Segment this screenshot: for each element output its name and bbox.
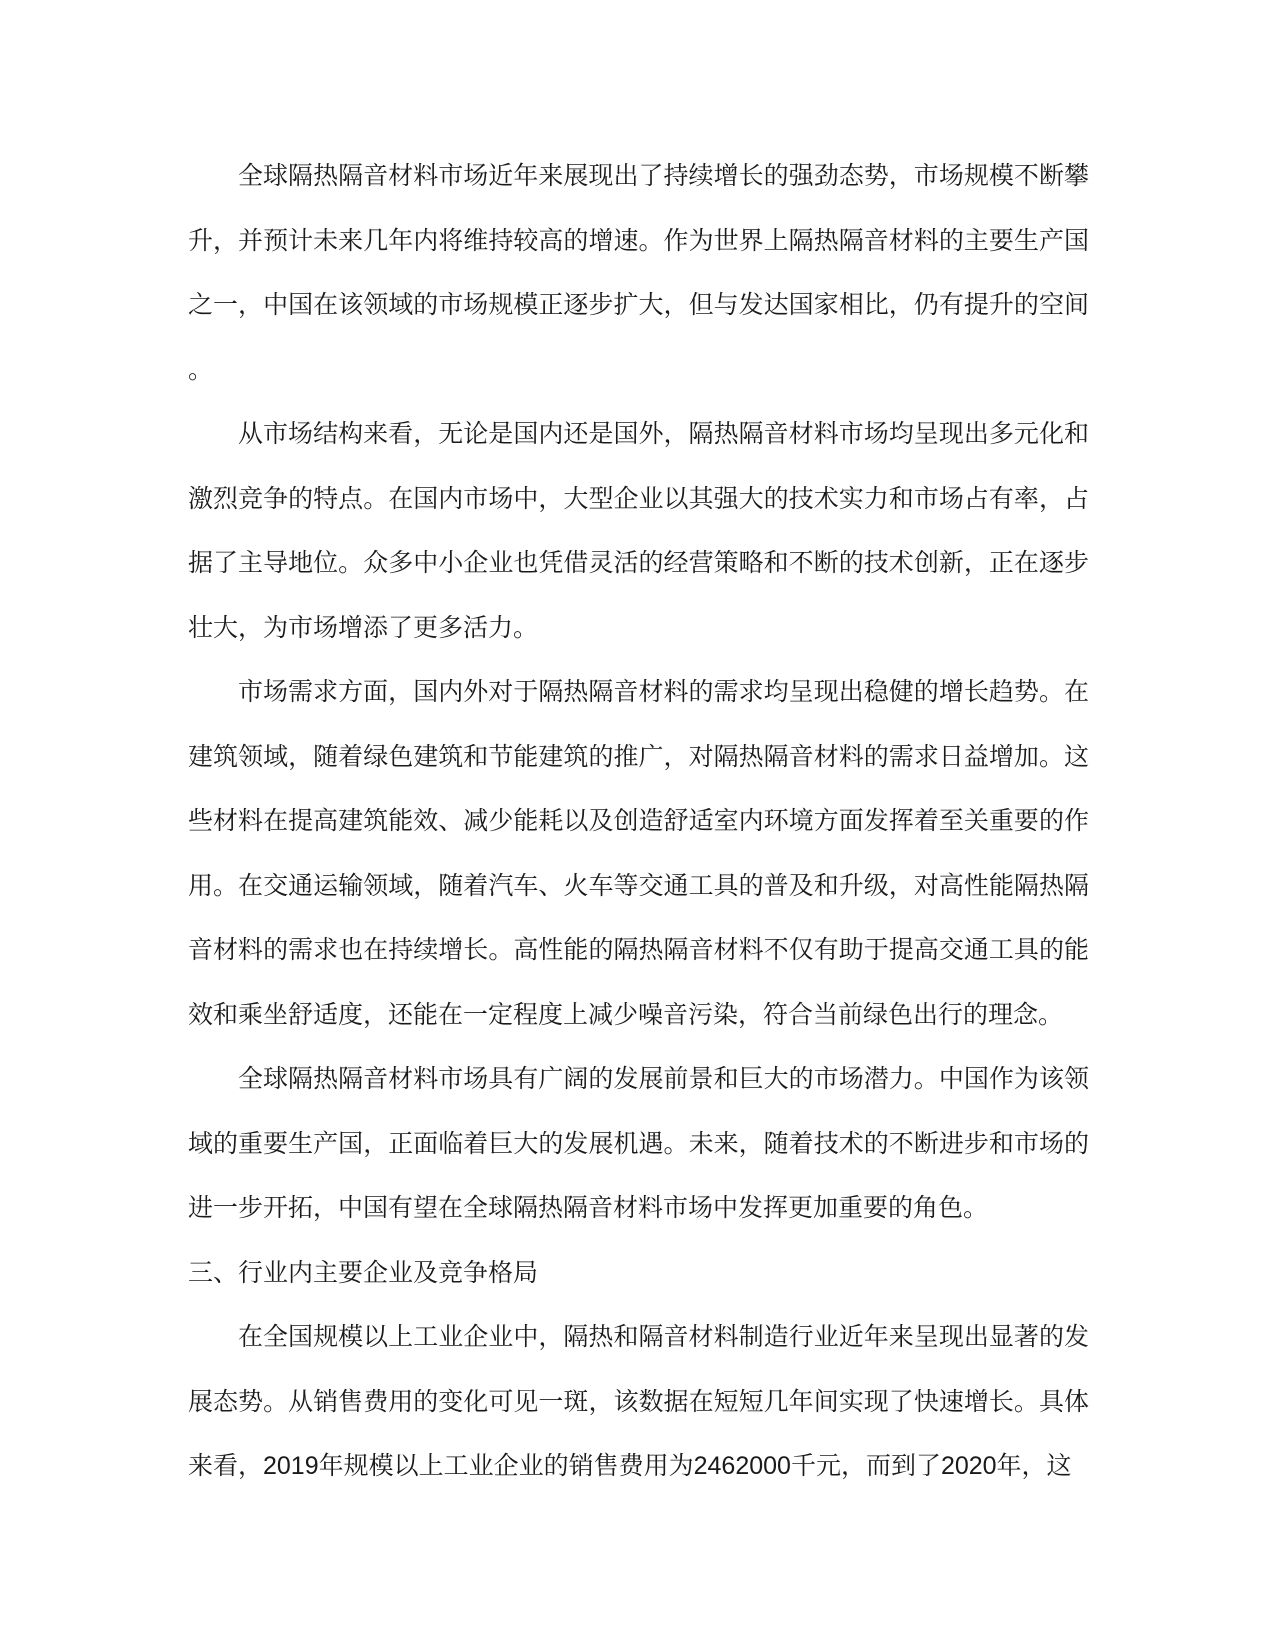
section-heading-competition: 三、行业内主要企业及竞争格局 [188, 1241, 1089, 1306]
paragraph-market-growth: 全球隔热隔音材料市场近年来展现出了持续增长的强劲态势，市场规模不断攀升，并预计未… [188, 144, 1089, 402]
document-body: 全球隔热隔音材料市场近年来展现出了持续增长的强劲态势，市场规模不断攀升，并预计未… [188, 144, 1089, 1499]
paragraph-market-demand: 市场需求方面，国内外对于隔热隔音材料的需求均呈现出稳健的增长趋势。在建筑领域，随… [188, 660, 1089, 1047]
paragraph-market-outlook: 全球隔热隔音材料市场具有广阔的发展前景和巨大的市场潜力。中国作为该领域的重要生产… [188, 1047, 1089, 1241]
document-page: 全球隔热隔音材料市场近年来展现出了持续增长的强劲态势，市场规模不断攀升，并预计未… [0, 0, 1275, 1650]
paragraph-market-structure: 从市场结构来看，无论是国内还是国外，隔热隔音材料市场均呈现出多元化和激烈竞争的特… [188, 402, 1089, 660]
paragraph-industry-enterprises: 在全国规模以上工业企业中，隔热和隔音材料制造行业近年来呈现出显著的发展态势。从销… [188, 1305, 1089, 1499]
